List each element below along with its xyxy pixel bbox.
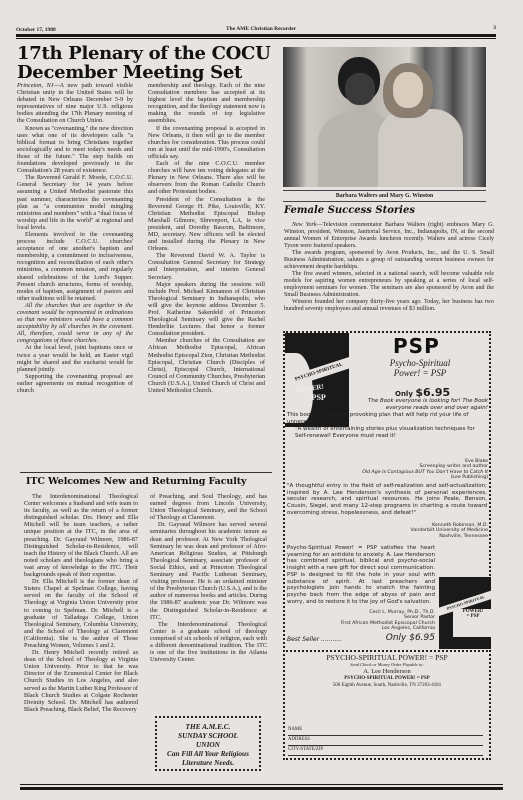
paragraph: Dr. Henry Mitchell recently retired as d… [24, 649, 138, 713]
masthead-rule-thin [16, 38, 496, 39]
paragraph: The five award winners, selected in a na… [284, 271, 494, 299]
bottom-rule [20, 787, 503, 790]
itc-column-2: of Preaching, and Soul Theology, and has… [150, 493, 267, 663]
bottom-rule-thin [20, 784, 503, 785]
cocu-column-1: Princeton, NJ—A new path toward visible … [17, 82, 133, 394]
order-form-header: PSYCHO-SPIRITUAL POWER! = PSP Send Check… [285, 652, 489, 689]
caption-rule [283, 190, 486, 191]
psp-blurb-desc: This book is a thought provoking plan th… [287, 412, 487, 425]
itc-column-1: The Interdenominational Theological Cent… [24, 493, 138, 713]
paragraph: Each of the nine C.O.C.U. member churche… [148, 160, 265, 195]
cocu-lead-paragraph: Princeton, NJ—A new path toward visible … [17, 82, 133, 125]
cocu-headline: 17th Plenary of the COCU December Meetin… [17, 44, 277, 82]
paragraph: Dr. Gayraud Wilmore has served several s… [150, 521, 267, 620]
psp-title: PSP [393, 334, 440, 358]
itc-headline: ITC Welcomes New and Returning Faculty [26, 476, 246, 487]
paragraph: The Reverend Gerald F. Moede, C.O.C.U. G… [17, 174, 133, 231]
article-divider [20, 472, 272, 473]
female-success-body: New York—Television commentator Barbara … [284, 222, 494, 313]
paragraph: New York—Television commentator Barbara … [284, 222, 494, 250]
cocu-column-2: membership and theology. Each of the nin… [148, 82, 265, 394]
paragraph: The Interdenominational Theological Cent… [150, 621, 267, 664]
psp-attribution-2: Kenneth Robinson, M.D. Vanderbilt Univer… [360, 523, 488, 539]
paragraph: President of the Consultation is the Rev… [148, 196, 265, 253]
masthead-rule [16, 34, 496, 37]
paragraph: All the churches that are together in th… [17, 302, 133, 345]
paragraph: Elements involved in the covenanting pro… [17, 231, 133, 302]
order-address-field[interactable]: ADDRESS [288, 737, 483, 746]
issue-date: October 17, 1988 [16, 27, 56, 33]
psp-quote-1: "A wealth of entertaining stories plus v… [295, 426, 487, 439]
walters-winston-photo [283, 47, 486, 187]
paragraph: Dr. Ella Mitchell is the former dean of … [24, 578, 138, 649]
psp-book-cover-small: PSYCHO-SPIRITUAL POWER!= PSP [439, 577, 491, 649]
publication-name: The AME Christian Recorder [226, 26, 296, 32]
cocu-dateline: Princeton, NJ [17, 82, 53, 89]
caption-rule [283, 201, 486, 202]
paragraph: Major speakers during the sessions will … [148, 281, 265, 338]
page-number: 3 [493, 25, 496, 31]
psp-subtitle: Psycho-Spiritual Power! = PSP [370, 358, 470, 378]
paragraph: Supporting the covenanting proposal are … [17, 373, 133, 394]
paragraph: The Reverend David W. A. Taylor is Consu… [148, 252, 265, 280]
paragraph: membership and theology. Each of the nin… [148, 82, 265, 125]
paragraph: of Preaching, and Soul Theology, and has… [150, 493, 267, 521]
psp-best-seller: Best Seller ........... Only $6.95 [287, 636, 435, 643]
order-name-field[interactable]: NAME [288, 727, 483, 736]
paragraph: Known as "covenanting," the new directio… [17, 125, 133, 175]
paragraph: If the covenanting proposal is accepted … [148, 125, 265, 160]
paragraph: The Interdenominational Theological Cent… [24, 493, 138, 578]
psp-body: Psycho-Spiritual Power! = PSP satisfies … [287, 545, 435, 605]
paragraph: Member churches of the Consultation are … [148, 337, 265, 394]
psp-quote-2: "A thoughtful entry in the field of self… [287, 483, 487, 517]
psp-attribution-3: Cecil L. Murray, Ph.D., Th.D. Senior Pas… [320, 610, 435, 631]
photo-caption: Barbara Walters and Mary G. Winston [283, 193, 486, 199]
paragraph: At the local level, joint baptisms once … [17, 344, 133, 372]
psp-blurb-intro: The Book everyone is looking for! The Bo… [360, 398, 488, 411]
paragraph: The awards program, sponsored by Avon Pr… [284, 250, 494, 271]
newspaper-page: October 17, 1988 The AME Christian Recor… [0, 0, 523, 800]
order-city-state-zip-field[interactable]: CITY/STATE/ZIP [288, 747, 483, 756]
paragraph: Winston founded her company thirty-five … [284, 299, 494, 313]
female-success-headline: Female Success Stories [284, 205, 415, 216]
psp-attribution-1: Eve Blake Screenplay writer and author O… [360, 459, 488, 480]
amec-sunday-school-ad: THE A.M.E.C. SUNDAY SCHOOL UNION Can Fil… [155, 716, 261, 771]
